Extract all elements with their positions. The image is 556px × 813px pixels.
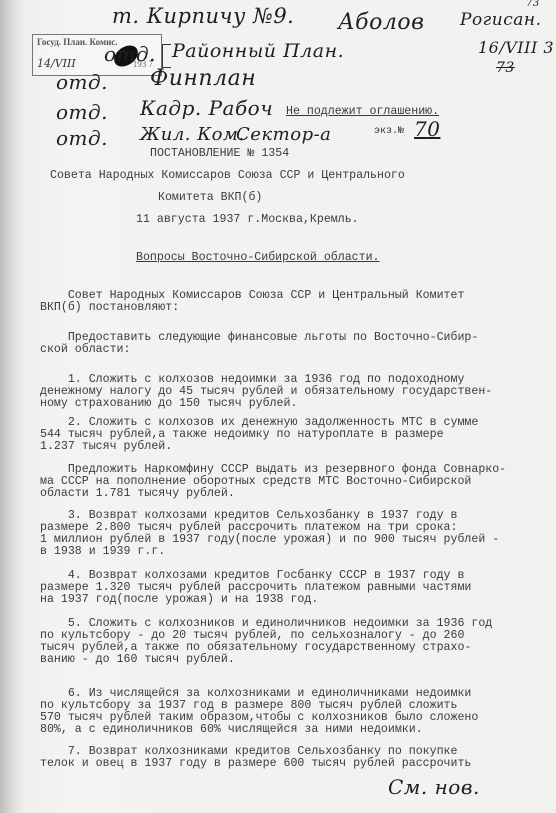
resolution-title: ПОСТАНОВЛЕНИЕ № 1354 [150,148,289,160]
handwritten-otd-1: отд. [104,42,156,66]
handwritten-raion-plan: Районный План. [172,40,344,62]
issuer-line-2: Комитета ВКП(б) [158,192,262,204]
handwritten-abolov: Аболов [338,10,424,35]
text-line: ской области: [40,344,478,356]
subject-heading: Вопросы Восточно-Сибирской области. [136,252,380,264]
paragraph-item3: 3. Возврат колхозами кредитов Сельхозбан… [40,510,499,558]
issuer-line-1: Совета Народных Комиссаров Союза ССР и Ц… [50,170,405,182]
paragraph-intro: Предоставить следующие финансовые льготы… [40,332,478,356]
handwritten-otd-2: отд. [56,70,108,94]
handwritten-zhil-kom: Жил. Ком. [140,124,245,145]
text-line: области 1.781 тысячу рублей. [40,488,506,500]
bracket [162,44,171,68]
text-line: в 1938 и 1939 г.г. [40,546,499,558]
handwritten-addressee: т. Кирпичу №9. [112,4,294,28]
paragraph-item2: 2. Сложить с колхозов их денежную задолж… [40,417,478,453]
paragraph-item6: 6. Из числящейся за колхозниками и едино… [40,688,478,736]
text-line: ВКП(б) постановляют: [40,302,464,314]
handwritten-date: 16/VIII 37 [478,38,556,57]
stamp-date: 14/VIII [37,57,76,70]
handwritten-sector: Сектор-а [236,124,331,145]
handwritten-otd-3: отд. [56,100,108,124]
paragraph-item2b: Предложить Наркомфину СССР выдать из рез… [40,464,506,500]
text-line: 80%, а с единоличников 60% числящейся за… [40,724,478,736]
handwritten-see-next: См. нов. [388,775,480,799]
text-line: ванию - до 160 тысяч рублей. [40,654,492,666]
copy-number: 70 [414,117,440,141]
text-line: на 1937 год(после урожая) и на 1938 год. [40,594,471,606]
paragraph-item5: 5. Сложить с колхозников и единоличников… [40,618,492,666]
text-line: 1.237 тысяч рублей. [40,441,478,453]
handwritten-signature: Рогисан. [460,10,541,30]
handwritten-finplan: Финплан [150,66,256,91]
page-number: 73 [496,60,515,76]
handwritten-kadry: Кадр. Рабоч [140,96,273,120]
text-line: ному страхованию до 150 тысяч рублей. [40,398,492,410]
paragraph-item7: 7. Возврат колхозниками кредитов Сельхоз… [40,746,471,770]
document-page: т. Кирпичу №9. Аболов Рогисан. 73 16/VII… [0,0,556,813]
handwritten-otd-4: отд. [56,126,108,150]
copy-label: экз.№ [374,126,404,138]
handwritten-mark: 73 [526,0,540,9]
paragraph-item4: 4. Возврат колхозами кредитов Госбанку С… [40,570,471,606]
paragraph-preamble: Совет Народных Комиссаров Союза ССР и Це… [40,290,464,314]
date-place: 11 августа 1937 г.Москва,Кремль. [136,214,359,226]
paragraph-item1: 1. Сложить с колхозов недоимки за 1936 г… [40,374,492,410]
text-line: телок и овец в 1937 году в размере 600 т… [40,758,471,770]
